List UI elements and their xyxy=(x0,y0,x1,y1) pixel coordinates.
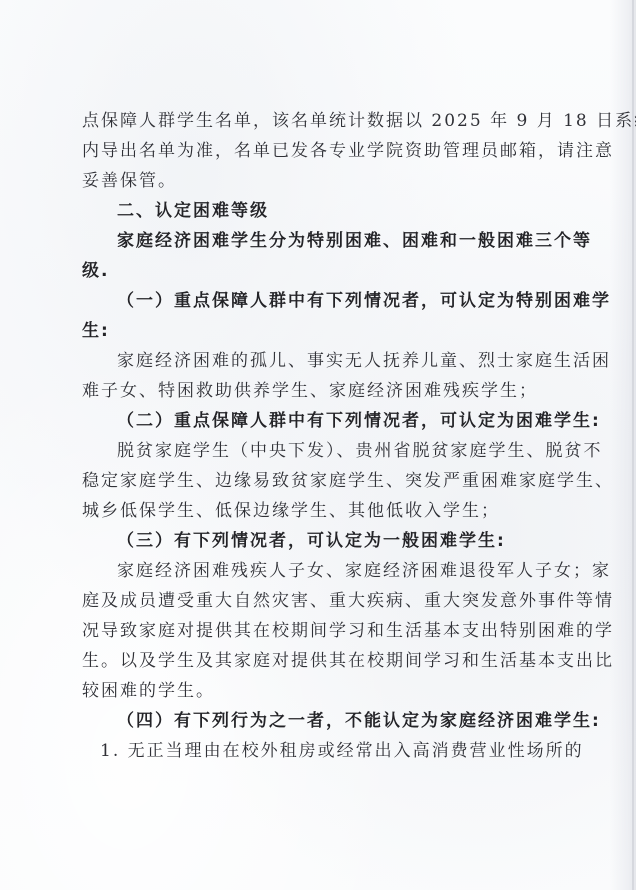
body-text-line: 生。以及学生及其家庭对提供其在校期间学习和生活基本支出比 xyxy=(82,646,568,676)
body-text-line: 1. 无正当理由在校外租房或经常出入高消费营业性场所的 xyxy=(82,736,568,766)
scanned-document-page: 点保障人群学生名单，该名单统计数据以 2025 年 9 月 18 日系统内导出名… xyxy=(0,0,636,890)
body-text-line: 家庭经济困难残疾人子女、家庭经济困难退役军人子女；家 xyxy=(82,556,568,586)
heading-line: （二）重点保障人群中有下列情况者，可认定为困难学生: xyxy=(82,406,568,436)
heading-line: （一）重点保障人群中有下列情况者，可认定为特别困难学 xyxy=(82,286,568,316)
scan-edge-line xyxy=(632,0,634,890)
document-text-block: 点保障人群学生名单，该名单统计数据以 2025 年 9 月 18 日系统内导出名… xyxy=(82,106,568,766)
body-text-line: 稳定家庭学生、边缘易致贫家庭学生、突发严重困难家庭学生、 xyxy=(82,466,568,496)
body-text-line: 脱贫家庭学生（中央下发）、贵州省脱贫家庭学生、脱贫不 xyxy=(82,436,568,466)
heading-line: （三）有下列情况者，可认定为一般困难学生: xyxy=(82,526,568,556)
body-text-line: 较困难的学生。 xyxy=(82,676,568,706)
heading-line: 家庭经济困难学生分为特别困难、困难和一般困难三个等 xyxy=(82,226,568,256)
heading-line: 级. xyxy=(82,256,568,286)
body-text-line: 内导出名单为准，名单已发各专业学院资助管理员邮箱，请注意 xyxy=(82,136,568,166)
body-text-line: 点保障人群学生名单，该名单统计数据以 2025 年 9 月 18 日系统 xyxy=(82,106,568,136)
heading-line: 生: xyxy=(82,316,568,346)
body-text-line: 庭及成员遭受重大自然灾害、重大疾病、重大突发意外事件等情 xyxy=(82,586,568,616)
body-text-line: 况导致家庭对提供其在校期间学习和生活基本支出特别困难的学 xyxy=(82,616,568,646)
body-text-line: 城乡低保学生、低保边缘学生、其他低收入学生； xyxy=(82,496,568,526)
body-text-line: 家庭经济困难的孤儿、事实无人抚养儿童、烈士家庭生活困 xyxy=(82,346,568,376)
heading-line: （四）有下列行为之一者，不能认定为家庭经济困难学生: xyxy=(82,706,568,736)
heading-line: 二、认定困难等级 xyxy=(82,196,568,226)
scan-edge-shadow xyxy=(610,0,636,890)
body-text-line: 难子女、特困救助供养学生、家庭经济困难残疾学生； xyxy=(82,376,568,406)
body-text-line: 妥善保管。 xyxy=(82,166,568,196)
